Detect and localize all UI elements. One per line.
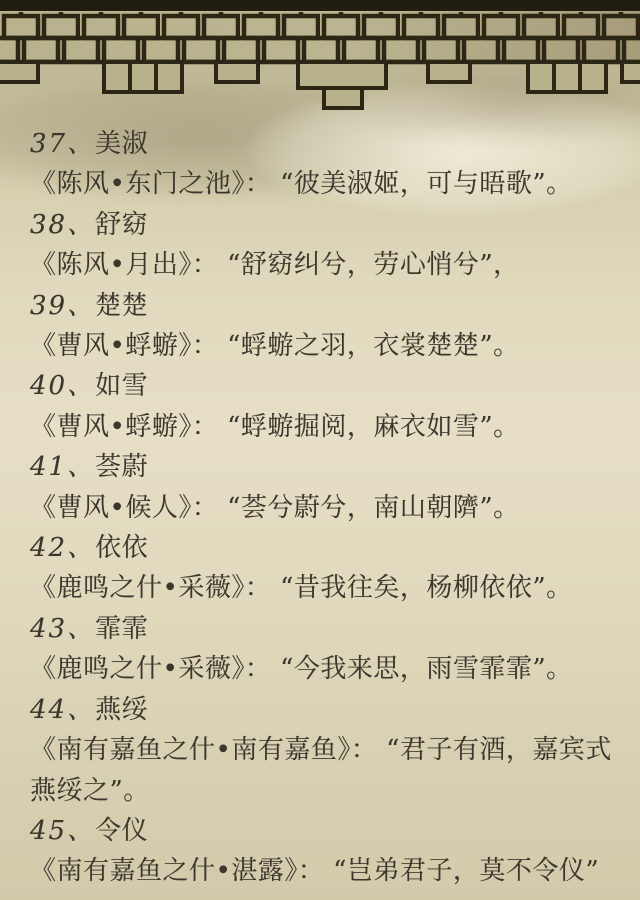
entry-heading: 44、燕绥 <box>30 690 634 730</box>
entry-number: 37、 <box>30 129 95 159</box>
entry-number: 45、 <box>30 816 95 846</box>
fret-lattice-border-ornament <box>0 0 640 112</box>
entry-heading: 41、荟蔚 <box>30 447 634 487</box>
entry-number: 39、 <box>30 291 95 321</box>
entry-citation: 《陈风•月出》： “舒窈纠兮，劳心悄兮”， <box>30 245 634 285</box>
entry-43: 43、霏霏 《鹿鸣之什•采薇》： “今我来思，雨雪霏霏”。 <box>30 609 634 690</box>
entry-heading: 45、令仪 <box>30 811 634 851</box>
entry-number: 38、 <box>30 210 95 240</box>
entry-name: 楚楚 <box>95 291 148 321</box>
entry-39: 39、楚楚 《曹风•蜉蝣》： “蜉蝣之羽，衣裳楚楚”。 <box>30 286 634 367</box>
entry-37: 37、美淑 《陈风•东门之池》： “彼美淑姬，可与晤歌”。 <box>30 124 634 205</box>
top-bar <box>0 0 640 11</box>
entry-40: 40、如雪 《曹风•蜉蝣》： “蜉蝣掘阅，麻衣如雪”。 <box>30 366 634 447</box>
parchment-page: 37、美淑 《陈风•东门之池》： “彼美淑姬，可与晤歌”。 38、舒窈 《陈风•… <box>0 0 640 900</box>
entry-name: 令仪 <box>95 816 148 846</box>
entry-citation: 《鹿鸣之什•采薇》： “今我来思，雨雪霏霏”。 <box>30 649 634 689</box>
entry-41: 41、荟蔚 《曹风•候人》： “荟兮蔚兮，南山朝隮”。 <box>30 447 634 528</box>
entry-number: 40、 <box>30 371 95 401</box>
entry-name: 依依 <box>95 533 148 563</box>
entry-citation: 《南有嘉鱼之什•南有嘉鱼》： “君子有酒，嘉宾式燕绥之”。 <box>30 730 634 811</box>
entry-number: 42、 <box>30 533 95 563</box>
entry-heading: 40、如雪 <box>30 366 634 406</box>
entry-heading: 37、美淑 <box>30 124 634 164</box>
entry-name: 燕绥 <box>95 695 148 725</box>
entry-heading: 43、霏霏 <box>30 609 634 649</box>
entry-list: 37、美淑 《陈风•东门之池》： “彼美淑姬，可与晤歌”。 38、舒窈 《陈风•… <box>0 122 640 892</box>
entry-number: 41、 <box>30 452 95 482</box>
entry-citation: 《陈风•东门之池》： “彼美淑姬，可与晤歌”。 <box>30 164 634 204</box>
entry-44: 44、燕绥 《南有嘉鱼之什•南有嘉鱼》： “君子有酒，嘉宾式燕绥之”。 <box>30 690 634 811</box>
entry-name: 霏霏 <box>95 614 148 644</box>
entry-citation: 《鹿鸣之什•采薇》： “昔我往矣，杨柳依依”。 <box>30 568 634 608</box>
entry-number: 43、 <box>30 614 95 644</box>
entry-42: 42、依依 《鹿鸣之什•采薇》： “昔我往矣，杨柳依依”。 <box>30 528 634 609</box>
entry-citation: 《南有嘉鱼之什•湛露》： “岂弟君子，莫不令仪” <box>30 851 634 891</box>
entry-citation: 《曹风•候人》： “荟兮蔚兮，南山朝隮”。 <box>30 488 634 528</box>
entry-38: 38、舒窈 《陈风•月出》： “舒窈纠兮，劳心悄兮”， <box>30 205 634 286</box>
pendant-stepped-center <box>298 62 386 108</box>
fret-pattern <box>0 12 640 62</box>
entry-citation: 《曹风•蜉蝣》： “蜉蝣掘阅，麻衣如雪”。 <box>30 407 634 447</box>
entry-name: 如雪 <box>95 371 148 401</box>
entry-heading: 42、依依 <box>30 528 634 568</box>
entry-heading: 38、舒窈 <box>30 205 634 245</box>
pendant-wide-left <box>104 62 182 92</box>
entry-citation: 《曹风•蜉蝣》： “蜉蝣之羽，衣裳楚楚”。 <box>30 326 634 366</box>
entry-heading: 39、楚楚 <box>30 286 634 326</box>
entry-number: 44、 <box>30 695 95 725</box>
entry-name: 荟蔚 <box>95 452 148 482</box>
pendant-wide-right <box>528 62 606 92</box>
lattice-pendants <box>0 62 640 108</box>
entry-name: 美淑 <box>95 129 148 159</box>
entry-45: 45、令仪 《南有嘉鱼之什•湛露》： “岂弟君子，莫不令仪” <box>30 811 634 892</box>
entry-name: 舒窈 <box>95 210 148 240</box>
